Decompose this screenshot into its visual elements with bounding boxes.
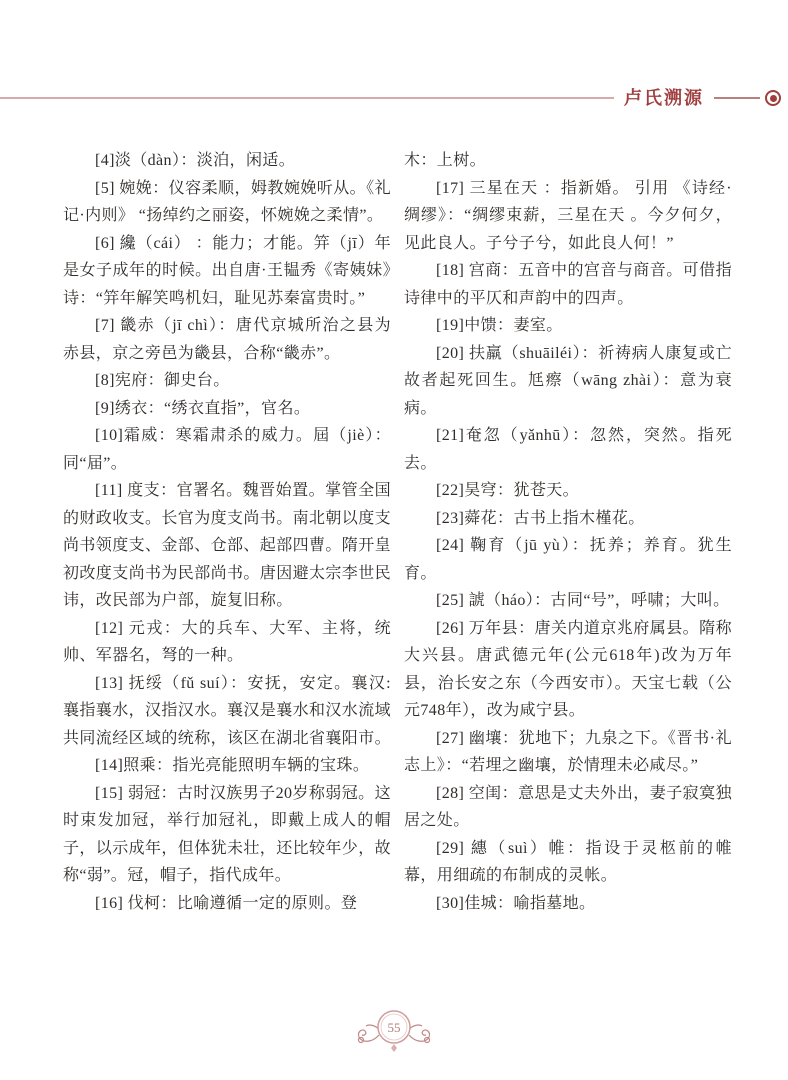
annotation-paragraph: [22]昊穹：犹苍天。 bbox=[404, 477, 732, 505]
annotation-paragraph: [30]佳城：喻指墓地。 bbox=[404, 890, 732, 918]
page-header: 卢氏溯源 bbox=[0, 88, 788, 108]
header-rule-line bbox=[0, 97, 614, 99]
annotation-paragraph: [7] 畿赤（jī chì）：唐代京城所治之县为赤县，京之旁邑为畿县，合称“畿赤… bbox=[63, 312, 391, 367]
annotation-paragraph: [14]照乘：指光亮能照明车辆的宝珠。 bbox=[63, 752, 391, 780]
annotation-paragraph: [12] 元戎：大的兵车、大军、主将，统帅、军器名，弩的一种。 bbox=[63, 615, 391, 670]
bullseye-dot bbox=[770, 95, 777, 102]
annotation-paragraph: [13] 抚绥（fǔ suí）：安抚，安定。襄汉:襄指襄水，汉指汉水。襄汉是襄水… bbox=[63, 670, 391, 753]
bullseye-icon bbox=[765, 90, 781, 106]
annotation-paragraph: [20] 扶羸（shuāiléi）：祈祷病人康复或亡故者起死回生。尪瘵（wāng… bbox=[404, 340, 732, 423]
annotation-paragraph: [6] 纔（cái） ：能力；才能。笄（jī）年是女子成年的时候。出自唐·王韫秀… bbox=[63, 230, 391, 313]
page-title: 卢氏溯源 bbox=[624, 88, 704, 108]
annotation-paragraph: [11] 度支：官署名。魏晋始置。掌管全国的财政收支。长官为度支尚书。南北朝以度… bbox=[63, 477, 391, 615]
annotations-content: [4]淡（dàn）：淡泊，闲适。[5] 婉娩：仪容柔顺，姆教婉娩听从。《礼记·内… bbox=[63, 147, 731, 917]
page-number: 55 bbox=[388, 1020, 401, 1035]
annotation-paragraph: [16] 伐柯：比喻遵循一定的原则。登 bbox=[63, 890, 391, 918]
annotation-paragraph: [4]淡（dàn）：淡泊，闲适。 bbox=[63, 147, 391, 175]
annotation-paragraph: [5] 婉娩：仪容柔顺，姆教婉娩听从。《礼记·内则》 “扬绰约之丽姿，怀婉娩之柔… bbox=[63, 175, 391, 230]
annotation-paragraph: [15] 弱冠：古时汉族男子20岁称弱冠。这时束发加冠，举行加冠礼，即戴上成人的… bbox=[63, 780, 391, 890]
ornament-graphic: 55 bbox=[346, 1003, 442, 1057]
annotation-paragraph: [21]奄忽（yǎnhū）：忽然，突然。指死去。 bbox=[404, 422, 732, 477]
annotation-paragraph: [24] 鞠育（jū yù）：抚养；养育。犹生育。 bbox=[404, 532, 732, 587]
annotation-paragraph: [25] 諕（háo）：古同“号”，呼啸；大叫。 bbox=[404, 587, 732, 615]
annotation-paragraph: [19]中馈：妻室。 bbox=[404, 312, 732, 340]
annotation-paragraph: [29] 繐（suì）帷：指设于灵柩前的帷幕，用细疏的布制成的灵帐。 bbox=[404, 835, 732, 890]
header-rule-short bbox=[714, 97, 760, 99]
annotation-paragraph: [8]宪府：御史台。 bbox=[63, 367, 391, 395]
annotation-paragraph: [10]霜威：寒霜肃杀的威力。屆（jiè）：同“届”。 bbox=[63, 422, 391, 477]
annotation-paragraph: [17] 三星在天 ：指新婚。 引用 《诗经·绸缪》：“绸缪束薪，三星在天 。今… bbox=[404, 175, 732, 258]
annotation-paragraph: [26] 万年县：唐关内道京兆府属县。隋称大兴县。唐武德元年(公元618年)改为… bbox=[404, 615, 732, 725]
annotation-paragraph: [28] 空闺：意思是丈夫外出，妻子寂寞独居之处。 bbox=[404, 780, 732, 835]
right-column: 木：上树。[17] 三星在天 ：指新婚。 引用 《诗经·绸缪》：“绸缪束薪，三星… bbox=[404, 147, 732, 917]
left-column: [4]淡（dàn）：淡泊，闲适。[5] 婉娩：仪容柔顺，姆教婉娩听从。《礼记·内… bbox=[63, 147, 391, 917]
page-number-ornament: 55 bbox=[346, 1003, 442, 1057]
annotation-paragraph: [23]蕣花：古书上指木槿花。 bbox=[404, 505, 732, 533]
annotation-paragraph: [18] 宫商：五音中的宫音与商音。可借指诗律中的平仄和声韵中的四声。 bbox=[404, 257, 732, 312]
annotation-paragraph: 木：上树。 bbox=[404, 147, 732, 175]
annotation-paragraph: [9]绣衣：“绣衣直指”，官名。 bbox=[63, 395, 391, 423]
annotation-paragraph: [27] 幽壤：犹地下；九泉之下。《晋书·礼志上》：“若埋之幽壤，於情理未必咸尽… bbox=[404, 725, 732, 780]
